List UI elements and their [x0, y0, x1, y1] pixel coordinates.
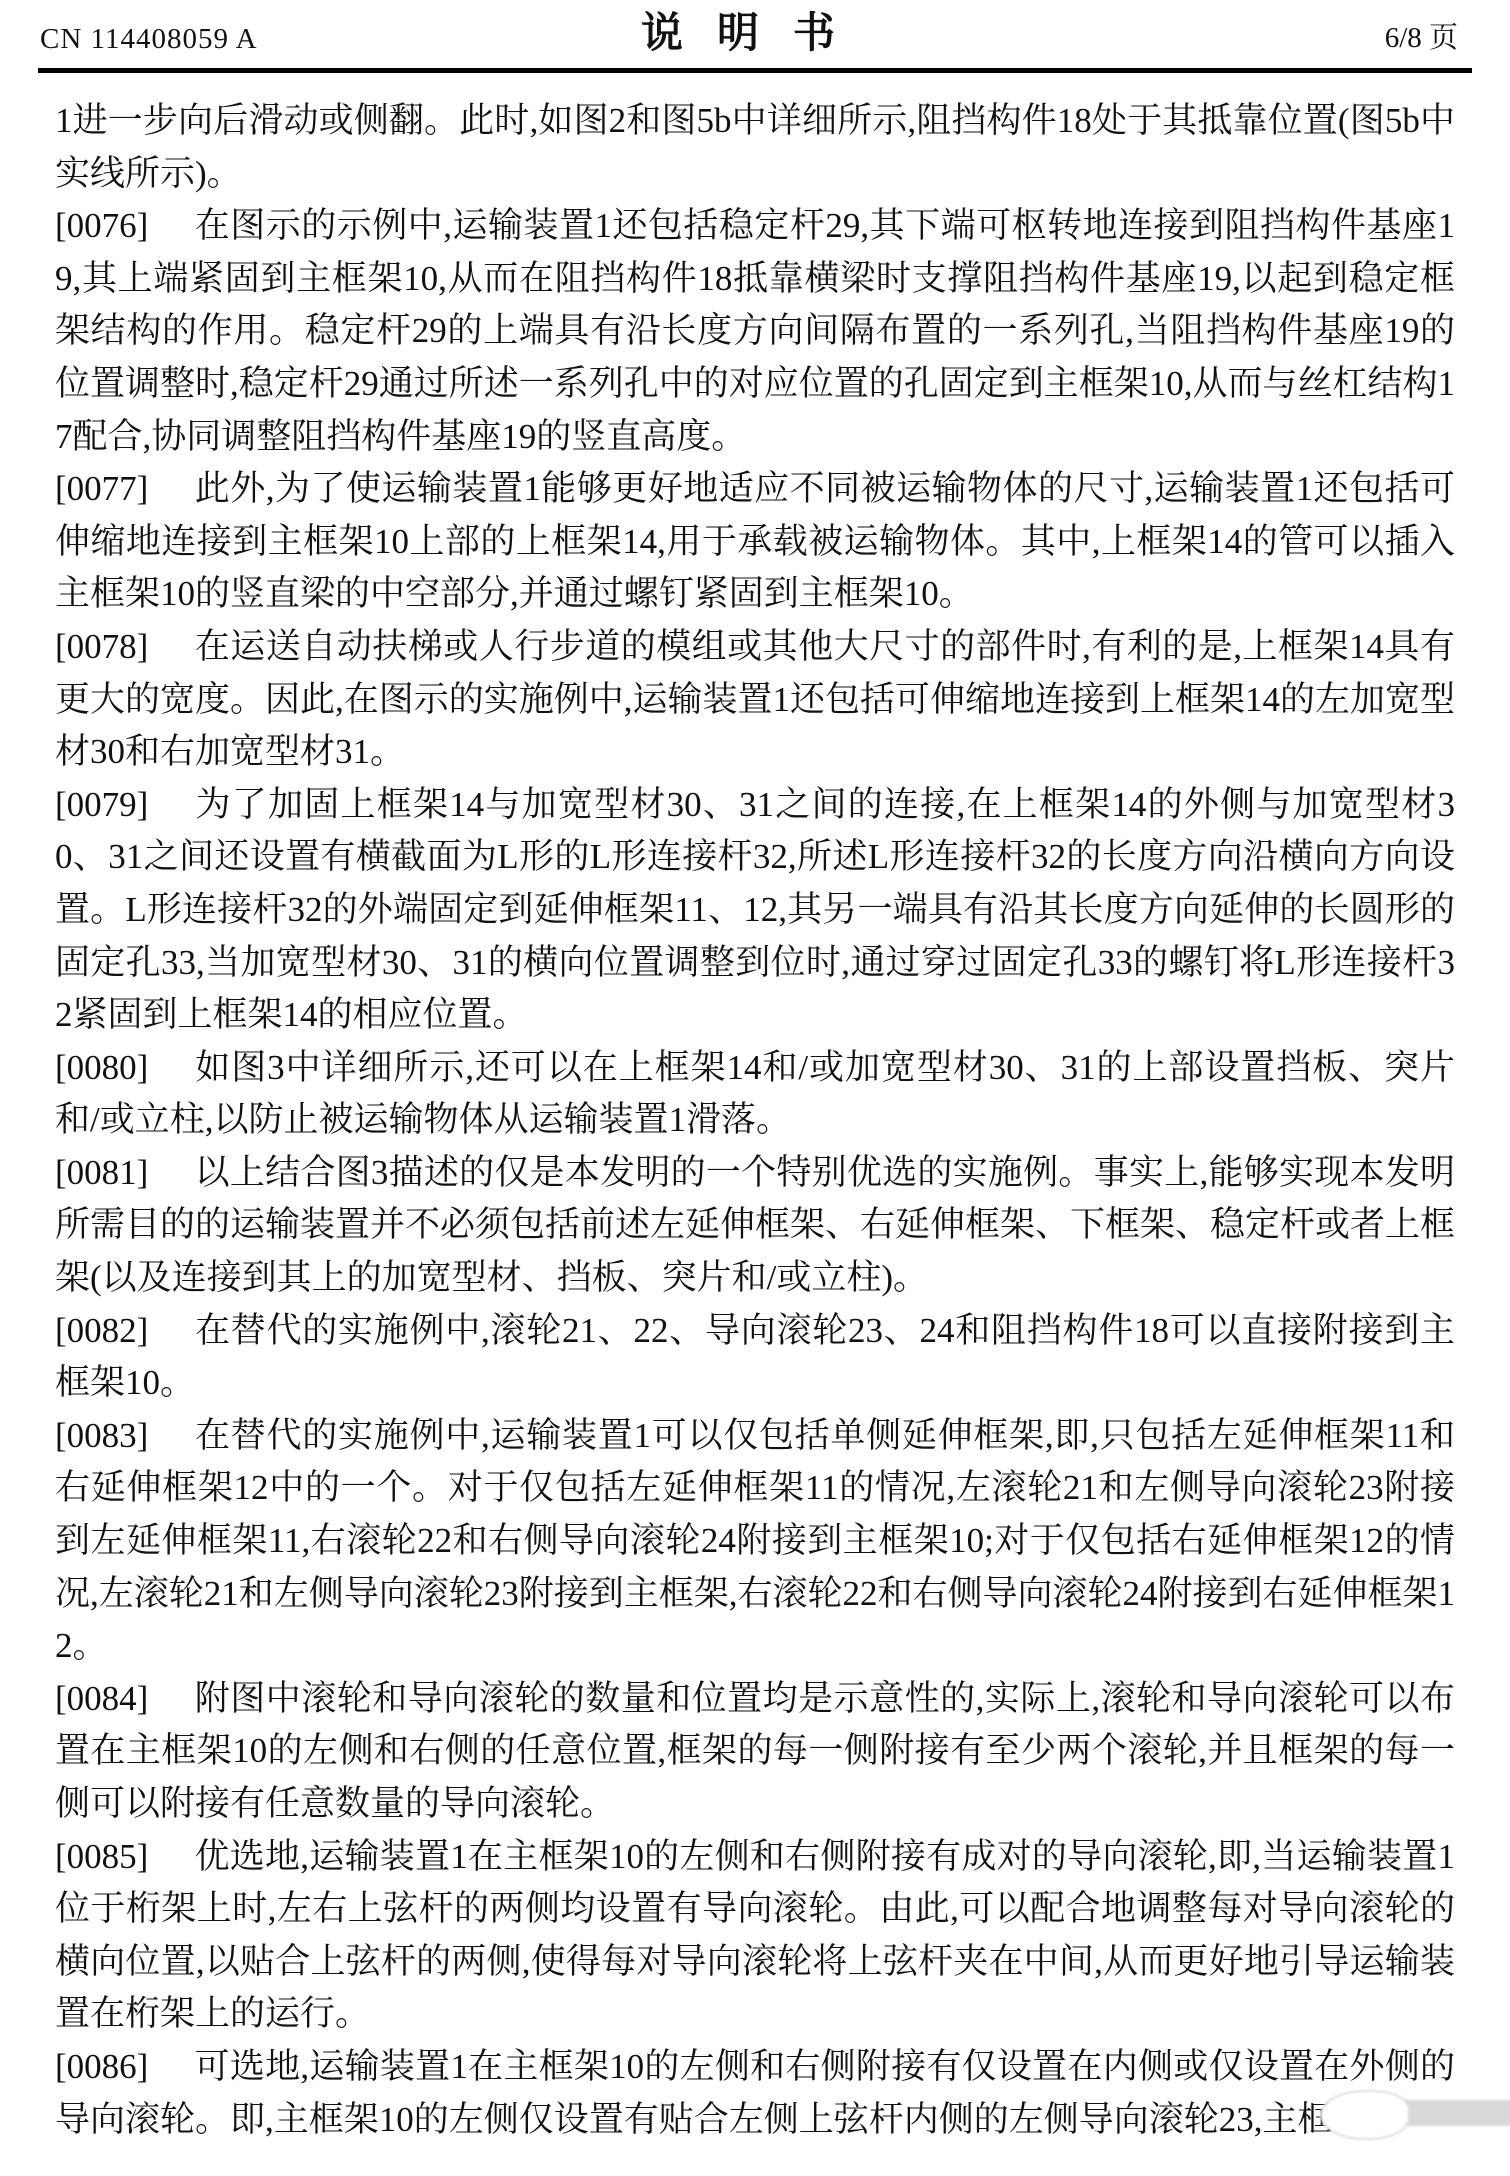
- paragraph: [0081]以上结合图3描述的仅是本发明的一个特别优选的实施例。事实上,能够实现…: [55, 1147, 1455, 1305]
- paragraph-text: 在替代的实施例中,滚轮21、22、导向滚轮23、24和阻挡构件18可以直接附接到…: [55, 1311, 1455, 1403]
- paragraph-number: [0082]: [55, 1311, 148, 1350]
- paragraph-text: 如图3中详细所示,还可以在上框架14和/或加宽型材30、31的上部设置挡板、突片…: [55, 1048, 1455, 1140]
- paragraph-number: [0078]: [55, 627, 148, 666]
- document-body: 1进一步向后滑动或侧翻。此时,如图2和图5b中详细所示,阻挡构件18处于其抵靠位…: [55, 95, 1455, 2146]
- paragraph-number: [0080]: [55, 1048, 148, 1087]
- page-header: CN 114408059 A 说明书 6/8 页: [38, 0, 1472, 62]
- paragraph-number: [0081]: [55, 1153, 148, 1192]
- paragraph-text: 为了加固上框架14与加宽型材30、31之间的连接,在上框架14的外侧与加宽型材3…: [55, 785, 1455, 1034]
- paragraph: [0085]优选地,运输装置1在主框架10的左侧和右侧附接有成对的导向滚轮,即,…: [55, 1831, 1455, 2041]
- paragraph-text: 在替代的实施例中,运输装置1可以仅包括单侧延伸框架,即,只包括左延伸框架11和右…: [55, 1416, 1455, 1665]
- paragraph: [0077]此外,为了使运输装置1能够更好地适应不同被运输物体的尺寸,运输装置1…: [55, 463, 1455, 621]
- paragraph-text: 可选地,运输装置1在主框架10的左侧和右侧附接有仅设置在内侧或仅设置在外侧的导向…: [55, 2047, 1455, 2139]
- paragraph-text: 此外,为了使运输装置1能够更好地适应不同被运输物体的尺寸,运输装置1还包括可伸缩…: [55, 469, 1455, 613]
- paragraph: [0086]可选地,运输装置1在主框架10的左侧和右侧附接有仅设置在内侧或仅设置…: [55, 2041, 1455, 2146]
- paragraph-text: 附图中滚轮和导向滚轮的数量和位置均是示意性的,实际上,滚轮和导向滚轮可以布置在主…: [55, 1679, 1455, 1823]
- paragraph-number: [0086]: [55, 2047, 148, 2086]
- document-title: 说明书: [641, 0, 869, 60]
- paragraph: [0084]附图中滚轮和导向滚轮的数量和位置均是示意性的,实际上,滚轮和导向滚轮…: [55, 1673, 1455, 1831]
- paragraph-number: [0084]: [55, 1679, 148, 1718]
- page-number-indicator: 6/8 页: [1385, 15, 1458, 56]
- paragraph-number: [0085]: [55, 1837, 148, 1876]
- paragraph: 1进一步向后滑动或侧翻。此时,如图2和图5b中详细所示,阻挡构件18处于其抵靠位…: [55, 95, 1455, 200]
- paragraph-number: [0079]: [55, 785, 148, 824]
- header-divider-rule: [38, 68, 1472, 73]
- paragraph: [0080]如图3中详细所示,还可以在上框架14和/或加宽型材30、31的上部设…: [55, 1042, 1455, 1147]
- paragraph-number: [0077]: [55, 469, 148, 508]
- paragraph-text: 1进一步向后滑动或侧翻。此时,如图2和图5b中详细所示,阻挡构件18处于其抵靠位…: [55, 101, 1455, 193]
- paragraph-text: 在图示的示例中,运输装置1还包括稳定杆29,其下端可枢转地连接到阻挡构件基座19…: [55, 206, 1455, 455]
- document-number: CN 114408059 A: [40, 23, 258, 56]
- paragraph-text: 优选地,运输装置1在主框架10的左侧和右侧附接有成对的导向滚轮,即,当运输装置1…: [55, 1837, 1455, 2034]
- paragraph-text: 在运送自动扶梯或人行步道的模组或其他大尺寸的部件时,有利的是,上框架14具有更大…: [55, 627, 1455, 771]
- paragraph: [0079]为了加固上框架14与加宽型材30、31之间的连接,在上框架14的外侧…: [55, 779, 1455, 1042]
- paragraph: [0078]在运送自动扶梯或人行步道的模组或其他大尺寸的部件时,有利的是,上框架…: [55, 621, 1455, 779]
- paragraph: [0082]在替代的实施例中,滚轮21、22、导向滚轮23、24和阻挡构件18可…: [55, 1305, 1455, 1410]
- paragraph: [0076]在图示的示例中,运输装置1还包括稳定杆29,其下端可枢转地连接到阻挡…: [55, 200, 1455, 463]
- paragraph: [0083]在替代的实施例中,运输装置1可以仅包括单侧延伸框架,即,只包括左延伸…: [55, 1410, 1455, 1673]
- paragraph-number: [0076]: [55, 206, 148, 245]
- paragraph-text: 以上结合图3描述的仅是本发明的一个特别优选的实施例。事实上,能够实现本发明所需目…: [55, 1153, 1455, 1297]
- patent-page: CN 114408059 A 说明书 6/8 页 1进一步向后滑动或侧翻。此时,…: [0, 0, 1510, 2176]
- paragraph-number: [0083]: [55, 1416, 148, 1455]
